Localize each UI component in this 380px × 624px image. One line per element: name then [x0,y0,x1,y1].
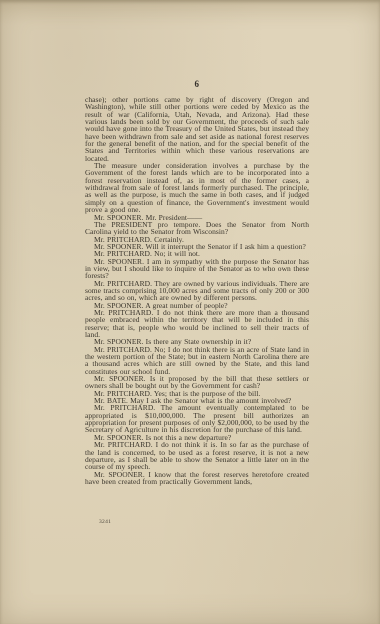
paragraph: Mr. PRITCHARD. They are owned by various… [85,280,309,302]
paragraph: Mr. SPOONER. I know that the forest rese… [85,471,309,486]
paragraph: chase); other portions came by right of … [85,96,309,162]
paragraph: The PRESIDENT pro tempore. Does the Sena… [85,221,309,236]
paragraph: Mr. PRITCHARD. The amount eventually con… [85,404,309,433]
paragraph: The measure under consideration involves… [85,162,309,213]
page-text: chase); other portions came by right of … [85,96,309,485]
paragraph: Mr. PRITCHARD. I do not think there are … [85,309,309,338]
page-number: 6 [85,79,309,89]
paragraph: Mr. PRITCHARD. No; I do not think there … [85,346,309,375]
paragraph: Mr. SPOONER. Is it proposed by the bill … [85,375,309,390]
paragraph: Mr. PRITCHARD. I do not think it is. In … [85,441,309,470]
signature-mark: 3241 [99,519,111,525]
paragraph: Mr. SPOONER. I am in sympathy with the p… [85,258,309,280]
scanned-page: 6 chase); other portions came by right o… [0,0,380,624]
